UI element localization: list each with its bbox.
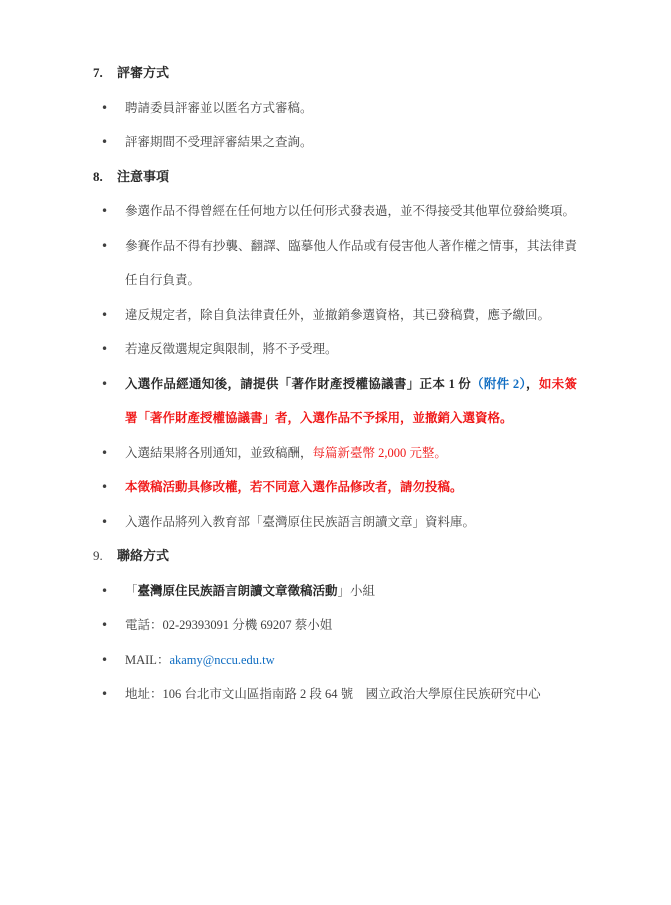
text-run: ， <box>526 377 539 391</box>
bullet-icon: • <box>101 298 108 333</box>
section-heading: 7.評審方式 <box>0 56 671 91</box>
bullet-item: •入選作品將列入教育部「臺灣原住民族語言朗讀文章」資料庫。 <box>0 505 577 540</box>
bullet-item: •電話：02-29393091 分機 69207 蔡小姐 <box>0 608 577 643</box>
text-run: MAIL： <box>125 653 169 667</box>
text-run: 聘請委員評審並以匿名方式審稿。 <box>125 101 313 115</box>
text-run: 本徵稿活動具修改權，若不同意入選作品修改者，請勿投稿。 <box>125 480 463 494</box>
bullet-item: •本徵稿活動具修改權，若不同意入選作品修改者，請勿投稿。 <box>0 470 577 505</box>
bullet-icon: • <box>101 194 108 229</box>
bullet-icon: • <box>101 574 108 609</box>
bullet-icon: • <box>101 332 108 367</box>
bullet-item: •入選結果將各別通知，並致稿酬，每篇新臺幣 2,000 元整。 <box>0 436 577 471</box>
text-run: 電話：02-29393091 分機 69207 蔡小姐 <box>125 618 332 632</box>
bullet-item: •違反規定者，除自負法律責任外，並撤銷參選資格，其已發稿費，應予繳回。 <box>0 298 577 333</box>
bullet-icon: • <box>101 125 108 160</box>
text-run: 入選作品將列入教育部「臺灣原住民族語言朗讀文章」資料庫。 <box>125 515 475 529</box>
bullet-item: •「臺灣原住民族語言朗讀文章徵稿活動」小組 <box>0 574 577 609</box>
bullet-item: •評審期間不受理評審結果之查詢。 <box>0 125 577 160</box>
heading-number: 9. <box>93 539 117 574</box>
section-heading: 8.注意事項 <box>0 160 671 195</box>
heading-title: 評審方式 <box>117 65 169 80</box>
text-run: 評審期間不受理評審結果之查詢。 <box>125 135 313 149</box>
bullet-icon: • <box>101 608 108 643</box>
section-heading: 9.聯絡方式 <box>0 539 671 574</box>
bullet-icon: • <box>101 505 108 540</box>
text-run: 違反規定者，除自負法律責任外，並撤銷參選資格，其已發稿費，應予繳回。 <box>125 308 550 322</box>
text-run: 每篇新臺幣 2,000 元整。 <box>313 446 447 460</box>
text-run: 入選結果將各別通知，並致稿酬， <box>125 446 313 460</box>
text-run: 「 <box>125 584 138 598</box>
bullet-icon: • <box>101 470 108 505</box>
bullet-item: •入選作品經通知後，請提供「著作財產授權協議書」正本 1 份（附件 2），如未簽… <box>0 367 577 436</box>
bullet-item: •參賽作品不得有抄襲、翻譯、臨摹他人作品或有侵害他人著作權之情事，其法律責任自行… <box>0 229 577 298</box>
bullet-item: •若違反徵選規定與限制，將不予受理。 <box>0 332 577 367</box>
bullet-icon: • <box>101 91 108 126</box>
text-run: 」小組 <box>338 584 376 598</box>
bullet-item: •MAIL：akamy@nccu.edu.tw <box>0 643 577 678</box>
text-run: 地址：106 台北市文山區指南路 2 段 64 號 國立政治大學原住民族研究中心 <box>125 687 541 701</box>
heading-title: 聯絡方式 <box>117 548 169 563</box>
text-run: 參選作品不得曾經在任何地方以任何形式發表過，並不得接受其他單位發給獎項。 <box>125 204 575 218</box>
text-run: 臺灣原住民族語言朗讀文章徵稿活動 <box>138 584 338 598</box>
text-run: 入選作品經通知後，請提供「著作財產授權協議書」正本 1 份 <box>125 377 471 391</box>
text-run: 若違反徵選規定與限制，將不予受理。 <box>125 342 338 356</box>
heading-number: 8. <box>93 160 117 195</box>
text-run: （附件 2） <box>471 377 526 391</box>
text-run: 參賽作品不得有抄襲、翻譯、臨摹他人作品或有侵害他人著作權之情事，其法律責任自行負… <box>125 239 577 288</box>
bullet-item: •參選作品不得曾經在任何地方以任何形式發表過，並不得接受其他單位發給獎項。 <box>0 194 577 229</box>
heading-number: 7. <box>93 56 117 91</box>
document-page: 7.評審方式•聘請委員評審並以匿名方式審稿。•評審期間不受理評審結果之查詢。8.… <box>0 0 671 905</box>
bullet-icon: • <box>101 643 108 678</box>
heading-title: 注意事項 <box>117 169 169 184</box>
bullet-icon: • <box>101 677 108 712</box>
bullet-icon: • <box>101 229 108 264</box>
bullet-icon: • <box>101 436 108 471</box>
bullet-icon: • <box>101 367 108 402</box>
email-link[interactable]: akamy@nccu.edu.tw <box>169 653 274 667</box>
document-body: 7.評審方式•聘請委員評審並以匿名方式審稿。•評審期間不受理評審結果之查詢。8.… <box>0 56 671 712</box>
bullet-item: •地址：106 台北市文山區指南路 2 段 64 號 國立政治大學原住民族研究中… <box>0 677 577 712</box>
bullet-item: •聘請委員評審並以匿名方式審稿。 <box>0 91 577 126</box>
